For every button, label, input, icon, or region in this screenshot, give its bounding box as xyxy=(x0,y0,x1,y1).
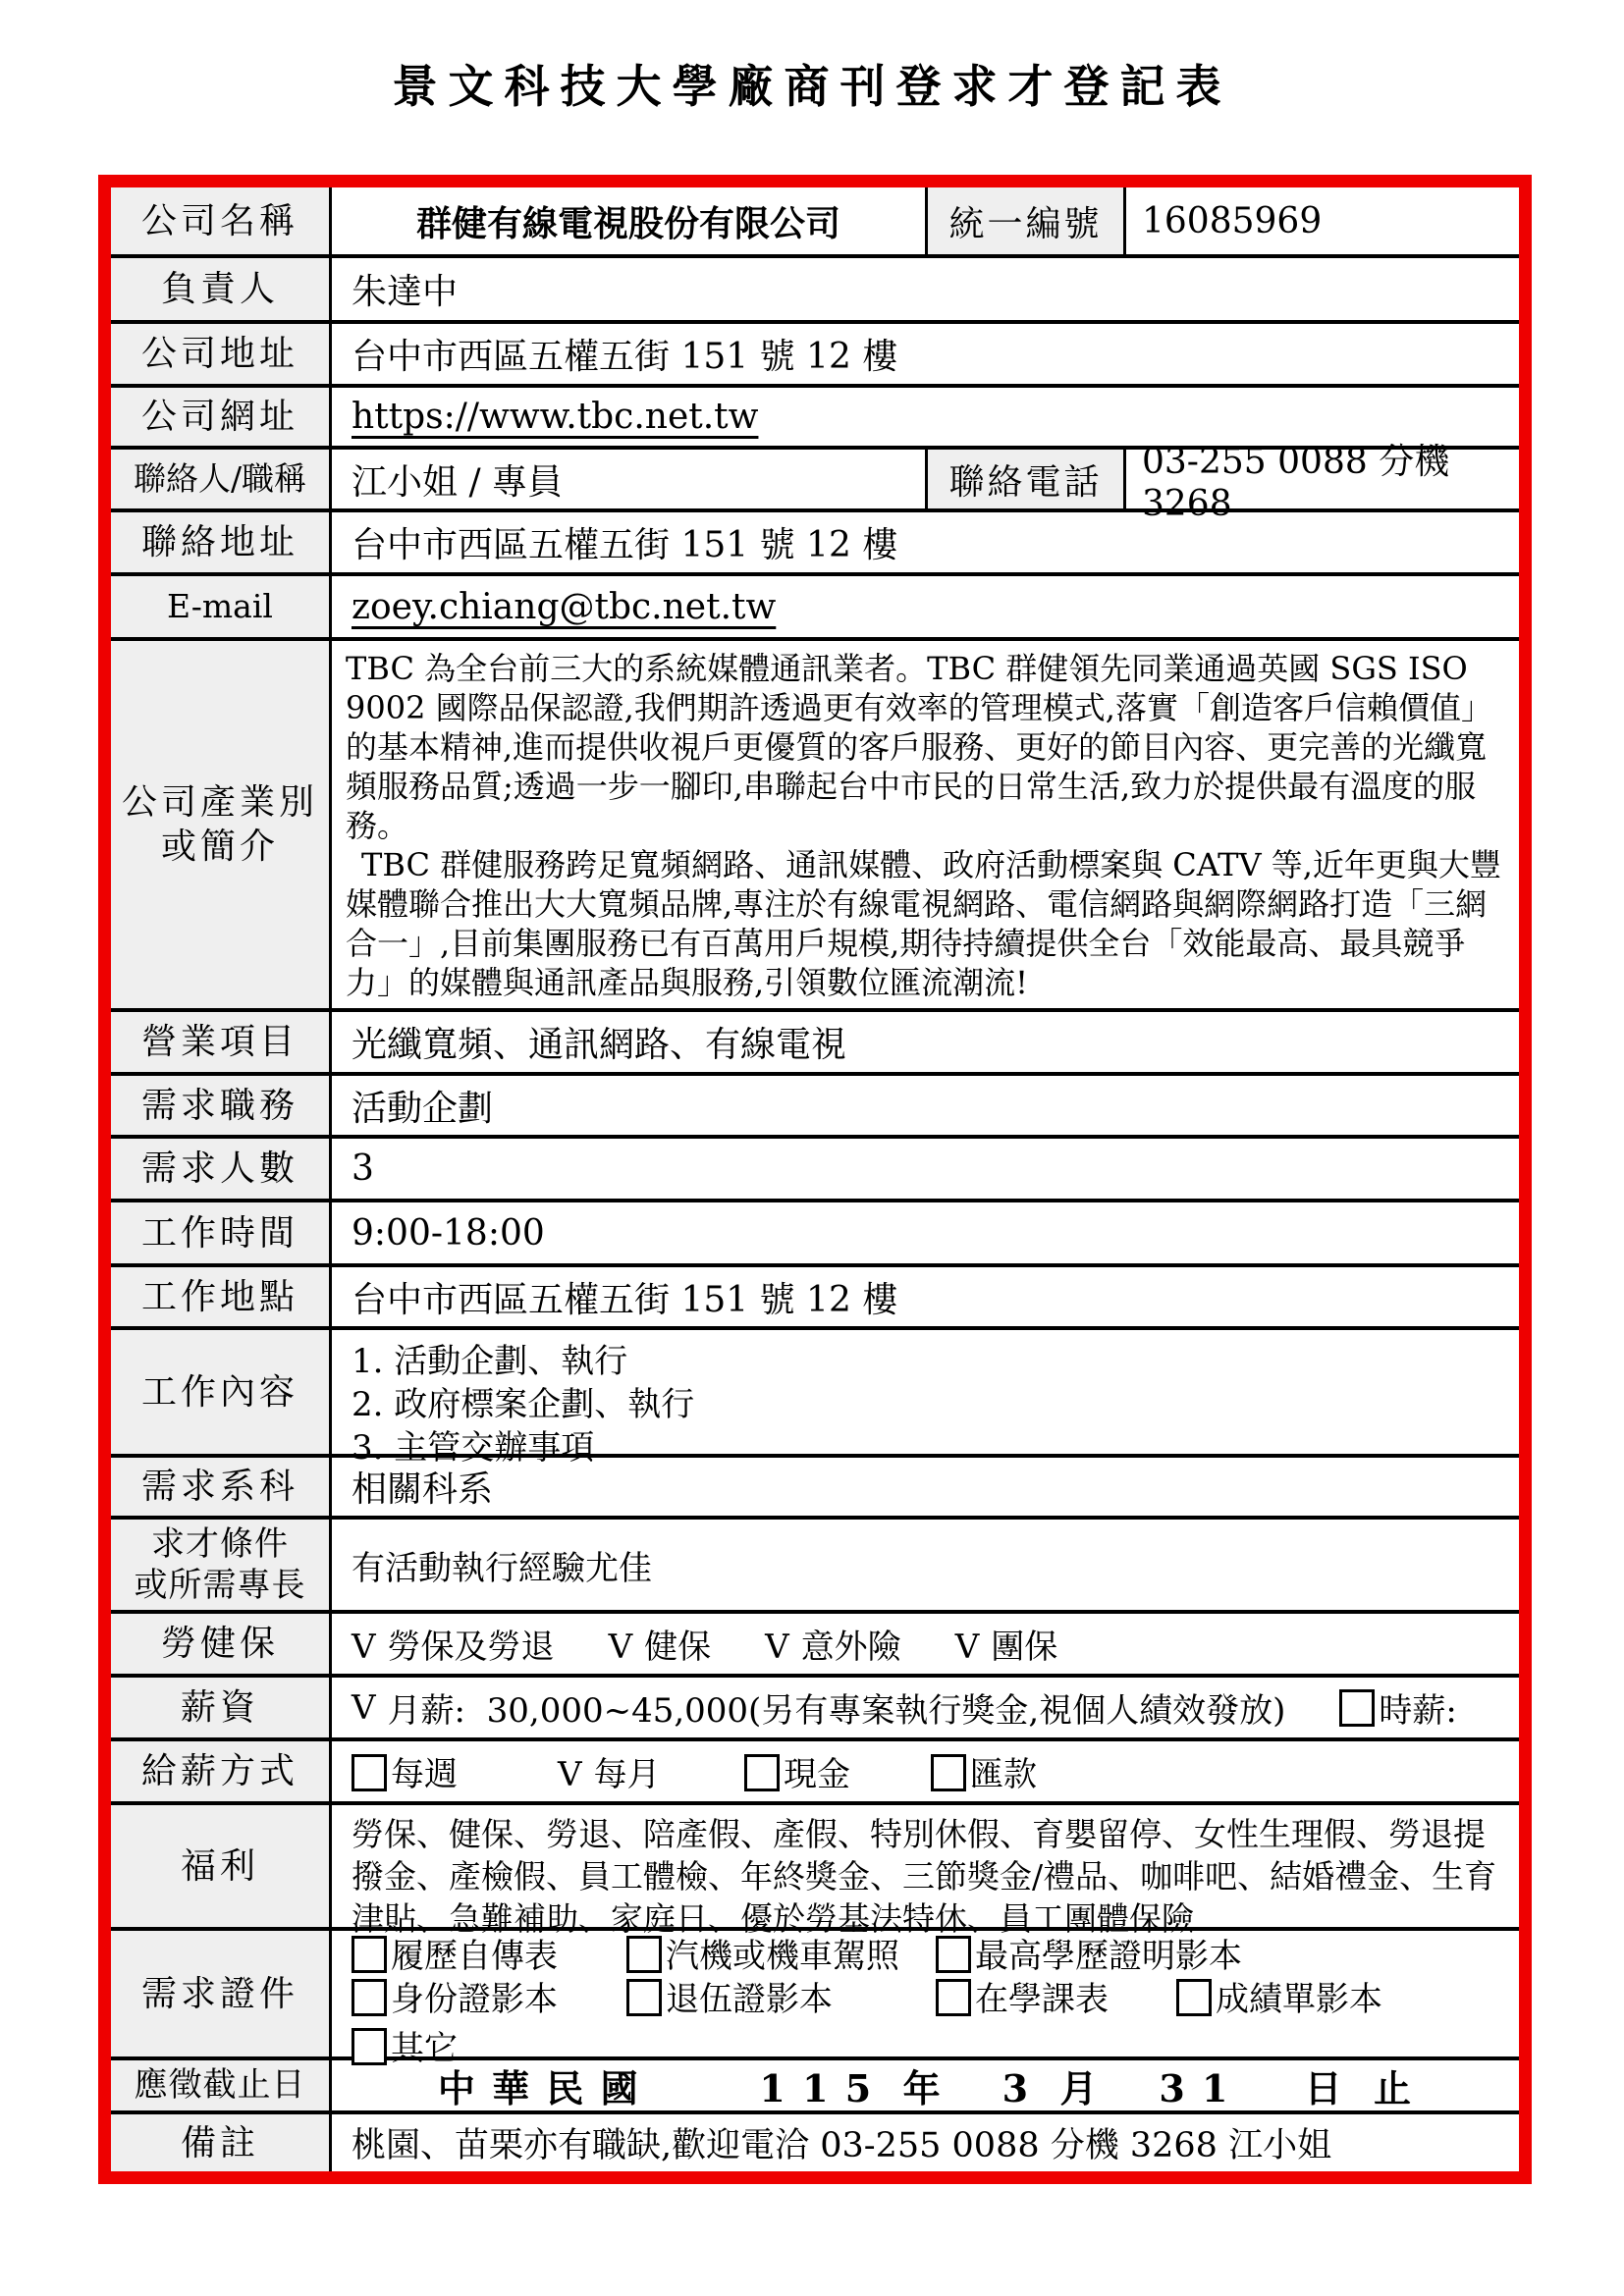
field-label-work-hours: 工作時間 xyxy=(111,1202,332,1263)
field-label-job-description: 工作內容 xyxy=(111,1330,332,1454)
doc-option-label: 履歷自傳表 xyxy=(391,1937,558,1976)
check-mark: V xyxy=(558,1755,582,1794)
field-label-business-items: 營業項目 xyxy=(111,1012,332,1072)
row-documents: 需求證件 履歷自傳表汽機或機車駕照最高學歷證明影本 身份證影本退伍證影本在學課表… xyxy=(111,1927,1519,2056)
field-value-qualifications: 有活動執行經驗尤佳 xyxy=(332,1520,1519,1610)
documents-line-2: 身份證影本退伍證影本在學課表成績單影本 xyxy=(352,1978,1499,2021)
doc-option-license: 汽機或機車駕照 xyxy=(626,1935,936,1978)
doc-option-discharge: 退伍證影本 xyxy=(626,1978,936,2021)
field-label-tax-id: 統一編號 xyxy=(925,187,1126,254)
row-departments: 需求系科 相關科系 xyxy=(111,1454,1519,1516)
industry-label-line2: 或簡介 xyxy=(161,825,279,869)
insurance-option-health: V健保 xyxy=(609,1620,712,1668)
industry-label-line1: 公司產業別 xyxy=(122,780,318,825)
field-value-benefits: 勞保、健保、勞退、陪產假、產假、特別休假、育嬰留停、女性生理假、勞退提撥金、產檢… xyxy=(332,1805,1519,1927)
field-label-departments: 需求系科 xyxy=(111,1458,332,1516)
field-label-industry-intro: 公司產業別 或簡介 xyxy=(111,641,332,1008)
check-mark: V xyxy=(352,1628,376,1667)
remittance-checkbox[interactable] xyxy=(931,1754,966,1791)
row-email: E-mail zoey.chiang@tbc.net.tw xyxy=(111,572,1519,637)
field-label-contact: 聯絡人/職稱 xyxy=(111,450,332,508)
pay-option-remittance: 匯款 xyxy=(931,1747,1037,1795)
field-value-documents: 履歷自傳表汽機或機車駕照最高學歷證明影本 身份證影本退伍證影本在學課表成績單影本… xyxy=(332,1931,1519,2056)
company-website-link[interactable]: https://www.tbc.net.tw xyxy=(352,397,758,437)
field-value-email: zoey.chiang@tbc.net.tw xyxy=(332,576,1519,637)
documents-line-1: 履歷自傳表汽機或機車駕照最高學歷證明影本 xyxy=(352,1935,1499,1978)
row-contact-address: 聯絡地址 台中市西區五權五街 151 號 12 樓 xyxy=(111,508,1519,572)
field-value-job-description: 1. 活動企劃、執行 2. 政府標案企劃、執行 3. 主管交辦事項 xyxy=(332,1330,1519,1454)
field-label-work-location: 工作地點 xyxy=(111,1267,332,1326)
pay-option-weekly: 每週 xyxy=(352,1747,558,1795)
field-value-job-title: 活動企劃 xyxy=(332,1076,1519,1135)
row-owner: 負責人 朱達中 xyxy=(111,254,1519,320)
license-checkbox[interactable] xyxy=(626,1936,662,1973)
industry-paragraph-2: TBC 群健服務跨足寬頻網路、通訊媒體、政府活動標案與 CATV 等,近年更與大… xyxy=(346,845,1505,1002)
field-label-company-name: 公司名稱 xyxy=(111,187,332,254)
field-label-insurance: 勞健保 xyxy=(111,1614,332,1674)
row-job-title: 需求職務 活動企劃 xyxy=(111,1072,1519,1135)
pay-option-label: 每月 xyxy=(594,1755,661,1794)
row-business-items: 營業項目 光纖寬頻、通訊網路、有線電視 xyxy=(111,1008,1519,1072)
field-value-company-name: 群健有線電視股份有限公司 xyxy=(332,187,925,254)
row-remarks: 備註 桃園、苗栗亦有職缺,歡迎電洽 03-255 0088 分機 3268 江小… xyxy=(111,2110,1519,2171)
row-salary: 薪資 V 月薪: 30,000~45,000(另有專案執行獎金,視個人績效發放)… xyxy=(111,1674,1519,1737)
doc-option-label: 最高學歷證明影本 xyxy=(975,1937,1242,1976)
pay-option-label: 匯款 xyxy=(970,1755,1037,1794)
field-label-contact-phone: 聯絡電話 xyxy=(925,450,1126,508)
field-value-pay-method: 每週 V每月 現金 匯款 xyxy=(332,1741,1519,1801)
insurance-option-labor: V勞保及勞退 xyxy=(352,1620,555,1668)
check-mark: V xyxy=(765,1628,789,1667)
field-label-pay-method: 給薪方式 xyxy=(111,1741,332,1801)
salary-monthly-text: 月薪: 30,000~45,000(另有專案執行獎金,視個人績效發放) xyxy=(388,1683,1286,1732)
row-contact: 聯絡人/職稱 江小姐 / 專員 聯絡電話 03-255 0088 分機 3268 xyxy=(111,446,1519,508)
row-deadline: 應徵截止日 中 華 民 國 1 1 5 年 3 月 3 1 日 止 xyxy=(111,2056,1519,2110)
doc-option-transcript: 成績單影本 xyxy=(1176,1980,1382,2019)
check-mark: V xyxy=(955,1628,980,1667)
doc-option-label: 成績單影本 xyxy=(1216,1980,1382,2019)
job-description-line-2: 2. 政府標案企劃、執行 xyxy=(352,1383,1499,1426)
weekly-checkbox[interactable] xyxy=(352,1754,387,1791)
check-mark: V xyxy=(352,1688,376,1728)
email-link[interactable]: zoey.chiang@tbc.net.tw xyxy=(352,587,776,627)
insurance-option-label: 團保 xyxy=(991,1628,1057,1667)
field-label-documents: 需求證件 xyxy=(111,1931,332,2056)
row-insurance: 勞健保 V勞保及勞退 V健保 V意外險 V團保 xyxy=(111,1610,1519,1674)
page-title: 景文科技大學廠商刊登求才登記表 xyxy=(0,51,1624,116)
field-label-benefits: 福利 xyxy=(111,1805,332,1927)
transcript-checkbox[interactable] xyxy=(1176,1979,1212,2016)
doc-option-schedule: 在學課表 xyxy=(936,1978,1176,2021)
insurance-option-group: V團保 xyxy=(955,1620,1058,1668)
salary-hourly-label: 時薪: xyxy=(1379,1683,1456,1732)
form-page: { "page_title": "景文科技大學廠商刊登求才登記表", "colo… xyxy=(0,0,1624,2296)
field-label-deadline: 應徵截止日 xyxy=(111,2060,332,2110)
doc-option-id-copy: 身份證影本 xyxy=(352,1978,626,2021)
doc-option-resume: 履歷自傳表 xyxy=(352,1935,626,1978)
field-value-contact-phone: 03-255 0088 分機 3268 xyxy=(1126,450,1519,508)
pay-option-label: 現金 xyxy=(784,1755,850,1794)
field-label-qualifications: 求才條件 或所需專長 xyxy=(111,1520,332,1610)
field-value-deadline: 中 華 民 國 1 1 5 年 3 月 3 1 日 止 xyxy=(332,2060,1519,2110)
field-value-remarks: 桃園、苗栗亦有職缺,歡迎電洽 03-255 0088 分機 3268 江小姐 xyxy=(332,2114,1519,2171)
field-label-owner: 負責人 xyxy=(111,258,332,320)
field-label-headcount: 需求人數 xyxy=(111,1139,332,1199)
doc-option-label: 在學課表 xyxy=(975,1980,1109,2019)
field-value-contact-address: 台中市西區五權五街 151 號 12 樓 xyxy=(332,512,1519,572)
doc-option-label: 退伍證影本 xyxy=(666,1980,833,2019)
field-value-work-hours: 9:00-18:00 xyxy=(332,1202,1519,1263)
insurance-option-label: 勞保及勞退 xyxy=(388,1628,555,1667)
row-industry-intro: 公司產業別 或簡介 TBC 為全台前三大的系統媒體通訊業者。TBC 群健領先同業… xyxy=(111,637,1519,1008)
field-value-headcount: 3 xyxy=(332,1139,1519,1199)
discharge-checkbox[interactable] xyxy=(626,1979,662,2016)
row-pay-method: 給薪方式 每週 V每月 現金 匯款 xyxy=(111,1737,1519,1801)
field-value-tax-id: 16085969 xyxy=(1126,187,1519,254)
schedule-checkbox[interactable] xyxy=(936,1979,971,2016)
check-mark: V xyxy=(609,1628,633,1667)
doc-option-label: 汽機或機車駕照 xyxy=(666,1937,899,1976)
field-value-work-location: 台中市西區五權五街 151 號 12 樓 xyxy=(332,1267,1519,1326)
qualifications-label-line2: 或所需專長 xyxy=(135,1565,306,1607)
diploma-checkbox[interactable] xyxy=(936,1936,971,1973)
field-label-email: E-mail xyxy=(111,576,332,637)
row-qualifications: 求才條件 或所需專長 有活動執行經驗尤佳 xyxy=(111,1516,1519,1610)
form-table: 公司名稱 群健有線電視股份有限公司 統一編號 16085969 負責人 朱達中 … xyxy=(98,175,1532,2184)
field-value-insurance: V勞保及勞退 V健保 V意外險 V團保 xyxy=(332,1614,1519,1674)
row-job-description: 工作內容 1. 活動企劃、執行 2. 政府標案企劃、執行 3. 主管交辦事項 xyxy=(111,1326,1519,1454)
insurance-option-label: 健保 xyxy=(644,1628,711,1667)
industry-paragraph-1: TBC 為全台前三大的系統媒體通訊業者。TBC 群健領先同業通過英國 SGS I… xyxy=(346,649,1505,845)
field-label-contact-address: 聯絡地址 xyxy=(111,512,332,572)
field-label-salary: 薪資 xyxy=(111,1678,332,1737)
field-label-job-title: 需求職務 xyxy=(111,1076,332,1135)
doc-option-diploma: 最高學歷證明影本 xyxy=(936,1937,1242,1976)
field-value-company-address: 台中市西區五權五街 151 號 12 樓 xyxy=(332,324,1519,384)
other-blank-line[interactable] xyxy=(467,2021,649,2059)
insurance-option-accident: V意外險 xyxy=(765,1620,901,1668)
cash-checkbox[interactable] xyxy=(744,1754,780,1791)
row-work-location: 工作地點 台中市西區五權五街 151 號 12 樓 xyxy=(111,1263,1519,1326)
pay-option-monthly: V每月 xyxy=(558,1747,744,1795)
qualifications-label-line1: 求才條件 xyxy=(151,1523,289,1566)
field-value-business-items: 光纖寬頻、通訊網路、有線電視 xyxy=(332,1012,1519,1072)
hourly-checkbox[interactable] xyxy=(1339,1689,1375,1727)
doc-option-label: 身份證影本 xyxy=(391,1980,558,2019)
row-company-address: 公司地址 台中市西區五權五街 151 號 12 樓 xyxy=(111,320,1519,384)
pay-option-label: 每週 xyxy=(391,1755,458,1794)
field-label-remarks: 備註 xyxy=(111,2114,332,2171)
field-value-salary: V 月薪: 30,000~45,000(另有專案執行獎金,視個人績效發放) 時薪… xyxy=(332,1678,1519,1737)
field-value-industry-intro: TBC 為全台前三大的系統媒體通訊業者。TBC 群健領先同業通過英國 SGS I… xyxy=(332,641,1519,1008)
row-company-name: 公司名稱 群健有線電視股份有限公司 統一編號 16085969 xyxy=(111,187,1519,254)
field-value-departments: 相關科系 xyxy=(332,1458,1519,1516)
job-description-line-1: 1. 活動企劃、執行 xyxy=(352,1340,1499,1383)
field-label-company-website: 公司網址 xyxy=(111,388,332,446)
row-headcount: 需求人數 3 xyxy=(111,1135,1519,1199)
field-value-owner: 朱達中 xyxy=(332,258,1519,320)
field-value-contact: 江小姐 / 專員 xyxy=(332,450,925,508)
resume-checkbox[interactable] xyxy=(352,1936,387,1973)
row-benefits: 福利 勞保、健保、勞退、陪產假、產假、特別休假、育嬰留停、女性生理假、勞退提撥金… xyxy=(111,1801,1519,1927)
row-work-hours: 工作時間 9:00-18:00 xyxy=(111,1199,1519,1263)
field-label-company-address: 公司地址 xyxy=(111,324,332,384)
pay-option-cash: 現金 xyxy=(744,1747,931,1795)
id-copy-checkbox[interactable] xyxy=(352,1979,387,2016)
insurance-option-label: 意外險 xyxy=(801,1628,901,1667)
